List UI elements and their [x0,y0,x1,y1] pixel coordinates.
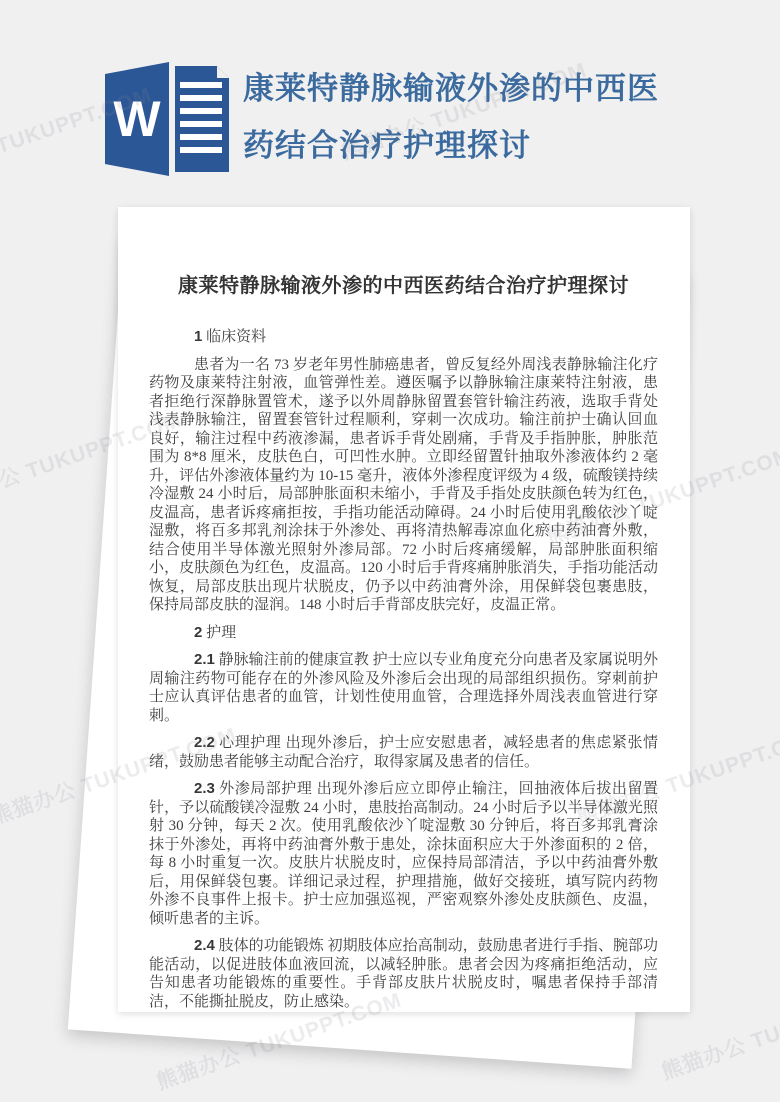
word-icon: W [105,60,229,178]
subsection-2-1-number: 2.1 [194,651,215,668]
section-1-heading: 1 临床资料 [149,328,658,347]
subsection-2-4-paragraph: 2.4 肢体的功能锻炼 初期肢体应抬高制动，鼓励患者进行手指、腕部功能活动，以促… [149,937,658,1011]
subsection-2-3-text: 出现外渗后应立即停止输注，回抽液体后拔出留置针，予以硫酸镁冷湿敷 24 小时，患… [149,781,658,927]
word-icon-w-letter: W [113,91,161,147]
subsection-2-4-number: 2.4 [194,937,215,954]
document-page: 康莱特静脉输液外渗的中西医药结合治疗护理探讨 1 临床资料 患者为一名 73 岁… [118,207,690,1012]
subsection-2-2-number: 2.2 [194,734,215,751]
subsection-2-3-number: 2.3 [194,780,215,797]
subsection-2-2-heading: 心理护理 [219,735,281,751]
subsection-2-3-heading: 外渗局部护理 [219,781,312,797]
subsection-2-1-heading: 静脉输注前的健康宣教 [219,652,369,668]
section-2-heading-text: 护理 [206,625,236,641]
subsection-2-2-paragraph: 2.2 心理护理 出现外渗后，护士应安慰患者，减轻患者的焦虑紧张情绪，鼓励患者能… [149,734,658,771]
section-1-number: 1 [194,328,202,345]
section-2-number: 2 [194,624,202,641]
subsection-2-3-paragraph: 2.3 外渗局部护理 出现外渗后应立即停止输注，回抽液体后拔出留置针，予以硫酸镁… [149,780,658,928]
word-icon-gap [169,62,175,176]
page-background: W 康莱特静脉输液外渗的中西医药结合治疗护理探讨 康莱特静脉输液外渗的中西医药结… [0,0,780,1102]
word-icon-fold [217,66,229,78]
section-1-heading-text: 临床资料 [206,329,266,345]
document-title: 康莱特静脉输液外渗的中西医药结合治疗护理探讨 [149,271,658,301]
subsection-2-1-paragraph: 2.1 静脉输注前的健康宣教 护士应以专业角度充分向患者及家属说明外周输注药物可… [149,651,658,725]
word-icon-page [175,66,229,172]
document-content: 康莱特静脉输液外渗的中西医药结合治疗护理探讨 1 临床资料 患者为一名 73 岁… [118,207,690,1011]
page-title: 康莱特静脉输液外渗的中西医药结合治疗护理探讨 [243,60,683,174]
subsection-2-4-heading: 肢体的功能锻炼 [219,938,324,954]
section-2-heading: 2 护理 [149,624,658,643]
header: W 康莱特静脉输液外渗的中西医药结合治疗护理探讨 [0,0,780,200]
section-1-paragraph: 患者为一名 73 岁老年男性肺癌患者，曾反复经外周浅表静脉输注化疗药物及康莱特注… [149,356,658,615]
